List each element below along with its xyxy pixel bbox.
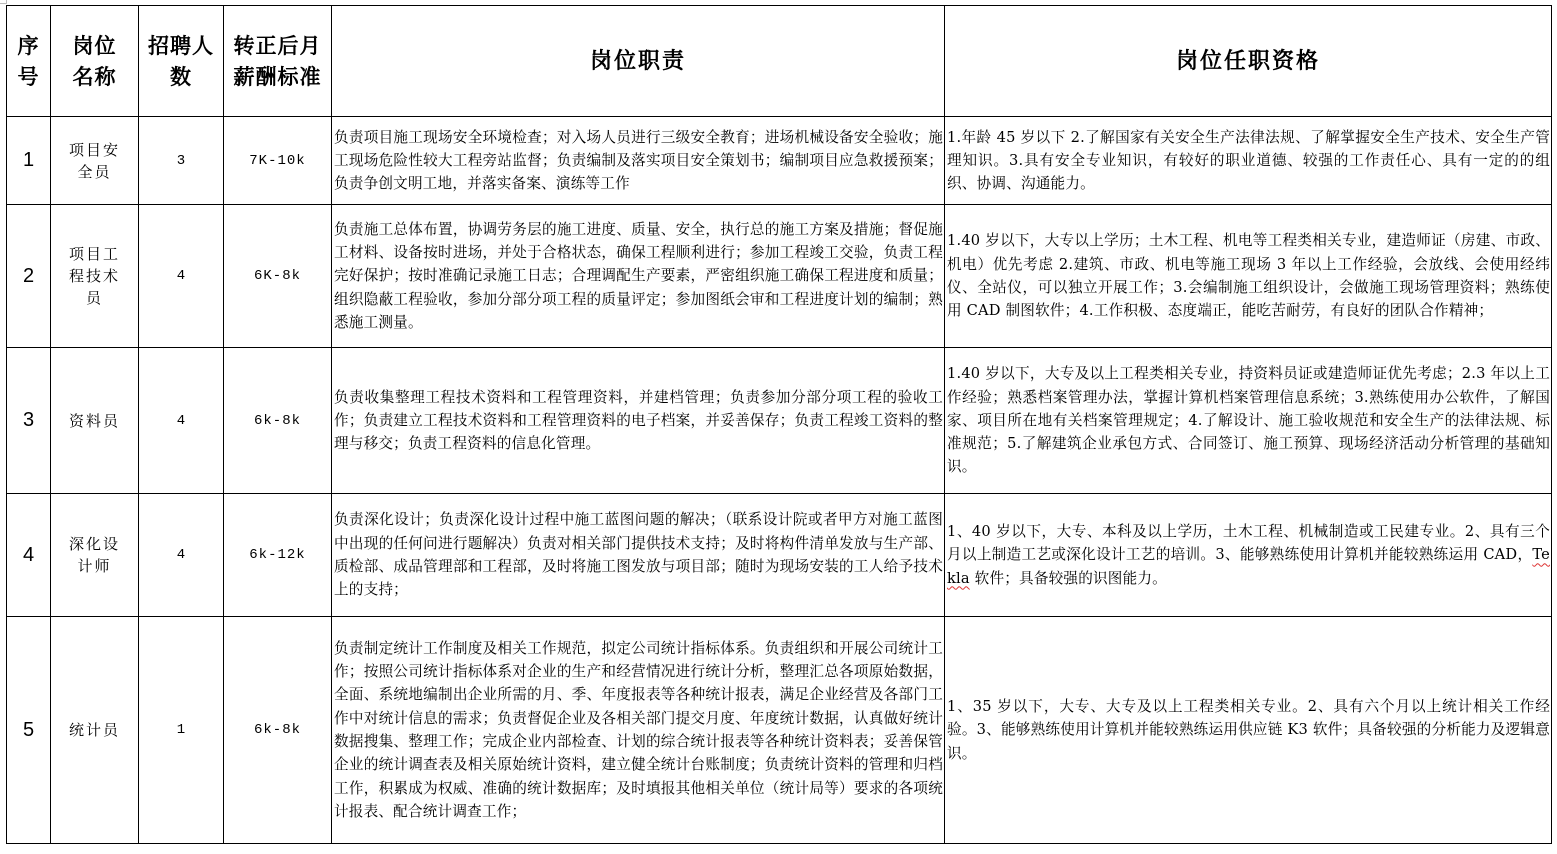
requirements-text-part: 1、40 岁以下，大专、本科及以上学历，土木工程、机械制造或工民建专业。2、具有… — [947, 523, 1550, 563]
position-name: 统计员 — [51, 617, 139, 844]
salary: 6k-12k — [224, 494, 332, 617]
position-name: 深化设计师 — [51, 494, 139, 617]
requirements-text: 1.40 岁以下，大专及以上工程类相关专业，持资料员证或建造师证优先考虑；2.3… — [945, 348, 1552, 494]
headcount: 4 — [139, 205, 224, 348]
job-recruitment-table: 序号 岗位名称 招聘人数 转正后月薪酬标准 岗位职责 岗位任职资格 1 项目安全… — [6, 5, 1552, 844]
header-duties: 岗位职责 — [332, 6, 945, 117]
page-corner-mark — [0, 0, 7, 4]
salary: 6k-8k — [224, 617, 332, 844]
row-index: 5 — [7, 617, 51, 844]
row-index: 3 — [7, 348, 51, 494]
position-name: 项目安全员 — [51, 117, 139, 205]
requirements-text: 1、35 岁以下，大专、大专及以上工程类相关专业。2、具有六个月以上统计相关工作… — [945, 617, 1552, 844]
row-index: 4 — [7, 494, 51, 617]
salary: 6K-8k — [224, 205, 332, 348]
requirements-text-part: 软件；具备较强的识图能力。 — [970, 570, 1167, 587]
table-row: 1 项目安全员 3 7K-10k 负责项目施工现场安全环境检查；对入场人员进行三… — [7, 117, 1552, 205]
header-requirements: 岗位任职资格 — [945, 6, 1552, 117]
table-row: 3 资料员 4 6k-8k 负责收集整理工程技术资料和工程管理资料，并建档管理；… — [7, 348, 1552, 494]
duties-text: 负责施工总体布置，协调劳务层的施工进度、质量、安全，执行总的施工方案及措施；督促… — [332, 205, 945, 348]
requirements-text: 1、40 岁以下，大专、本科及以上学历，土木工程、机械制造或工民建专业。2、具有… — [945, 494, 1552, 617]
position-name: 项目工程技术员 — [51, 205, 139, 348]
requirements-text: 1.40 岁以下，大专以上学历；土木工程、机电等工程类相关专业，建造师证（房建、… — [945, 205, 1552, 348]
row-index: 1 — [7, 117, 51, 205]
table-header-row: 序号 岗位名称 招聘人数 转正后月薪酬标准 岗位职责 岗位任职资格 — [7, 6, 1552, 117]
table-row: 2 项目工程技术员 4 6K-8k 负责施工总体布置，协调劳务层的施工进度、质量… — [7, 205, 1552, 348]
headcount: 3 — [139, 117, 224, 205]
row-index: 2 — [7, 205, 51, 348]
position-name: 资料员 — [51, 348, 139, 494]
header-headcount: 招聘人数 — [139, 6, 224, 117]
headcount: 4 — [139, 494, 224, 617]
duties-text: 负责收集整理工程技术资料和工程管理资料，并建档管理；负责参加分部分项工程的验收工… — [332, 348, 945, 494]
duties-text: 负责深化设计；负责深化设计过程中施工蓝图问题的解决；（联系设计院或者甲方对施工蓝… — [332, 494, 945, 617]
salary: 7K-10k — [224, 117, 332, 205]
duties-text: 负责制定统计工作制度及相关工作规范，拟定公司统计指标体系。负责组织和开展公司统计… — [332, 617, 945, 844]
headcount: 4 — [139, 348, 224, 494]
requirements-text: 1.年龄 45 岁以下 2.了解国家有关安全生产法律法规、了解掌握安全生产技术、… — [945, 117, 1552, 205]
headcount: 1 — [139, 617, 224, 844]
table-row: 5 统计员 1 6k-8k 负责制定统计工作制度及相关工作规范，拟定公司统计指标… — [7, 617, 1552, 844]
duties-text: 负责项目施工现场安全环境检查；对入场人员进行三级安全教育；进场机械设备安全验收；… — [332, 117, 945, 205]
table-row: 4 深化设计师 4 6k-12k 负责深化设计；负责深化设计过程中施工蓝图问题的… — [7, 494, 1552, 617]
header-salary: 转正后月薪酬标准 — [224, 6, 332, 117]
salary: 6k-8k — [224, 348, 332, 494]
header-index: 序号 — [7, 6, 51, 117]
header-position-name: 岗位名称 — [51, 6, 139, 117]
